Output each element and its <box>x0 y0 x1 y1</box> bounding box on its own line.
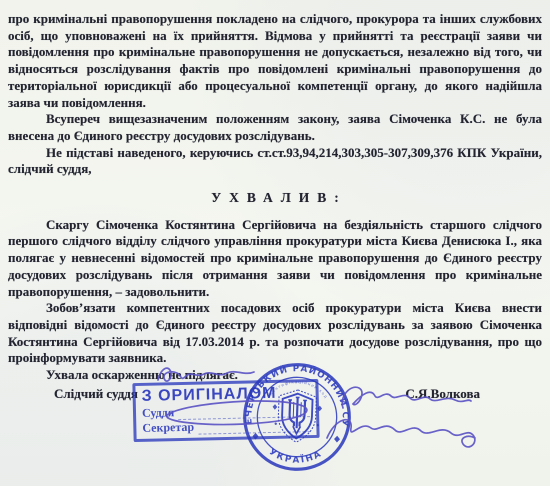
ruling-paragraph: Ухвала оскарженню не підлягає. <box>8 367 542 384</box>
paragraph: Всупереч вищезазначеним положенням закон… <box>8 111 542 144</box>
seal-country-text: УКРАЇНА <box>267 447 325 467</box>
secretary-ink-signature-line2 <box>327 420 475 447</box>
judge-name: С.Я.Волкова <box>405 386 480 403</box>
paragraph: Не підставі наведеного, керуючись ст.ст.… <box>8 145 542 178</box>
ruling-paragraph: Скаргу Сімоченка Костянтина Сергійовича … <box>8 217 542 301</box>
signature-blank-line <box>178 405 310 420</box>
ruling-paragraph: Зобов’язати компетентних посадових осіб … <box>8 300 542 367</box>
secretary-signature-line: Секретар <box>142 417 310 436</box>
judge-role-label: Слідчий суддя <box>54 386 138 403</box>
ruling-heading: УХВАЛИВ: <box>8 190 542 207</box>
document-text: про кримінальні правопорушення покладено… <box>0 0 550 402</box>
seal-separator-diamonds <box>252 433 340 443</box>
scanned-court-ruling-page: про кримінальні правопорушення покладено… <box>0 0 550 486</box>
seal-ornaments <box>272 404 322 427</box>
certification-ink-flourish <box>167 401 307 425</box>
judge-label: Суддя <box>142 405 175 421</box>
paragraph: про кримінальні правопорушення покладено… <box>8 11 542 111</box>
svg-text:УКРАЇНА: УКРАЇНА <box>267 447 325 467</box>
secretary-label: Секретар <box>142 420 194 436</box>
judge-signature-line: Суддя <box>142 402 310 421</box>
signature-blank-line <box>198 420 310 435</box>
signature-row: Слідчий суддя С.Я.Волкова <box>8 386 542 403</box>
